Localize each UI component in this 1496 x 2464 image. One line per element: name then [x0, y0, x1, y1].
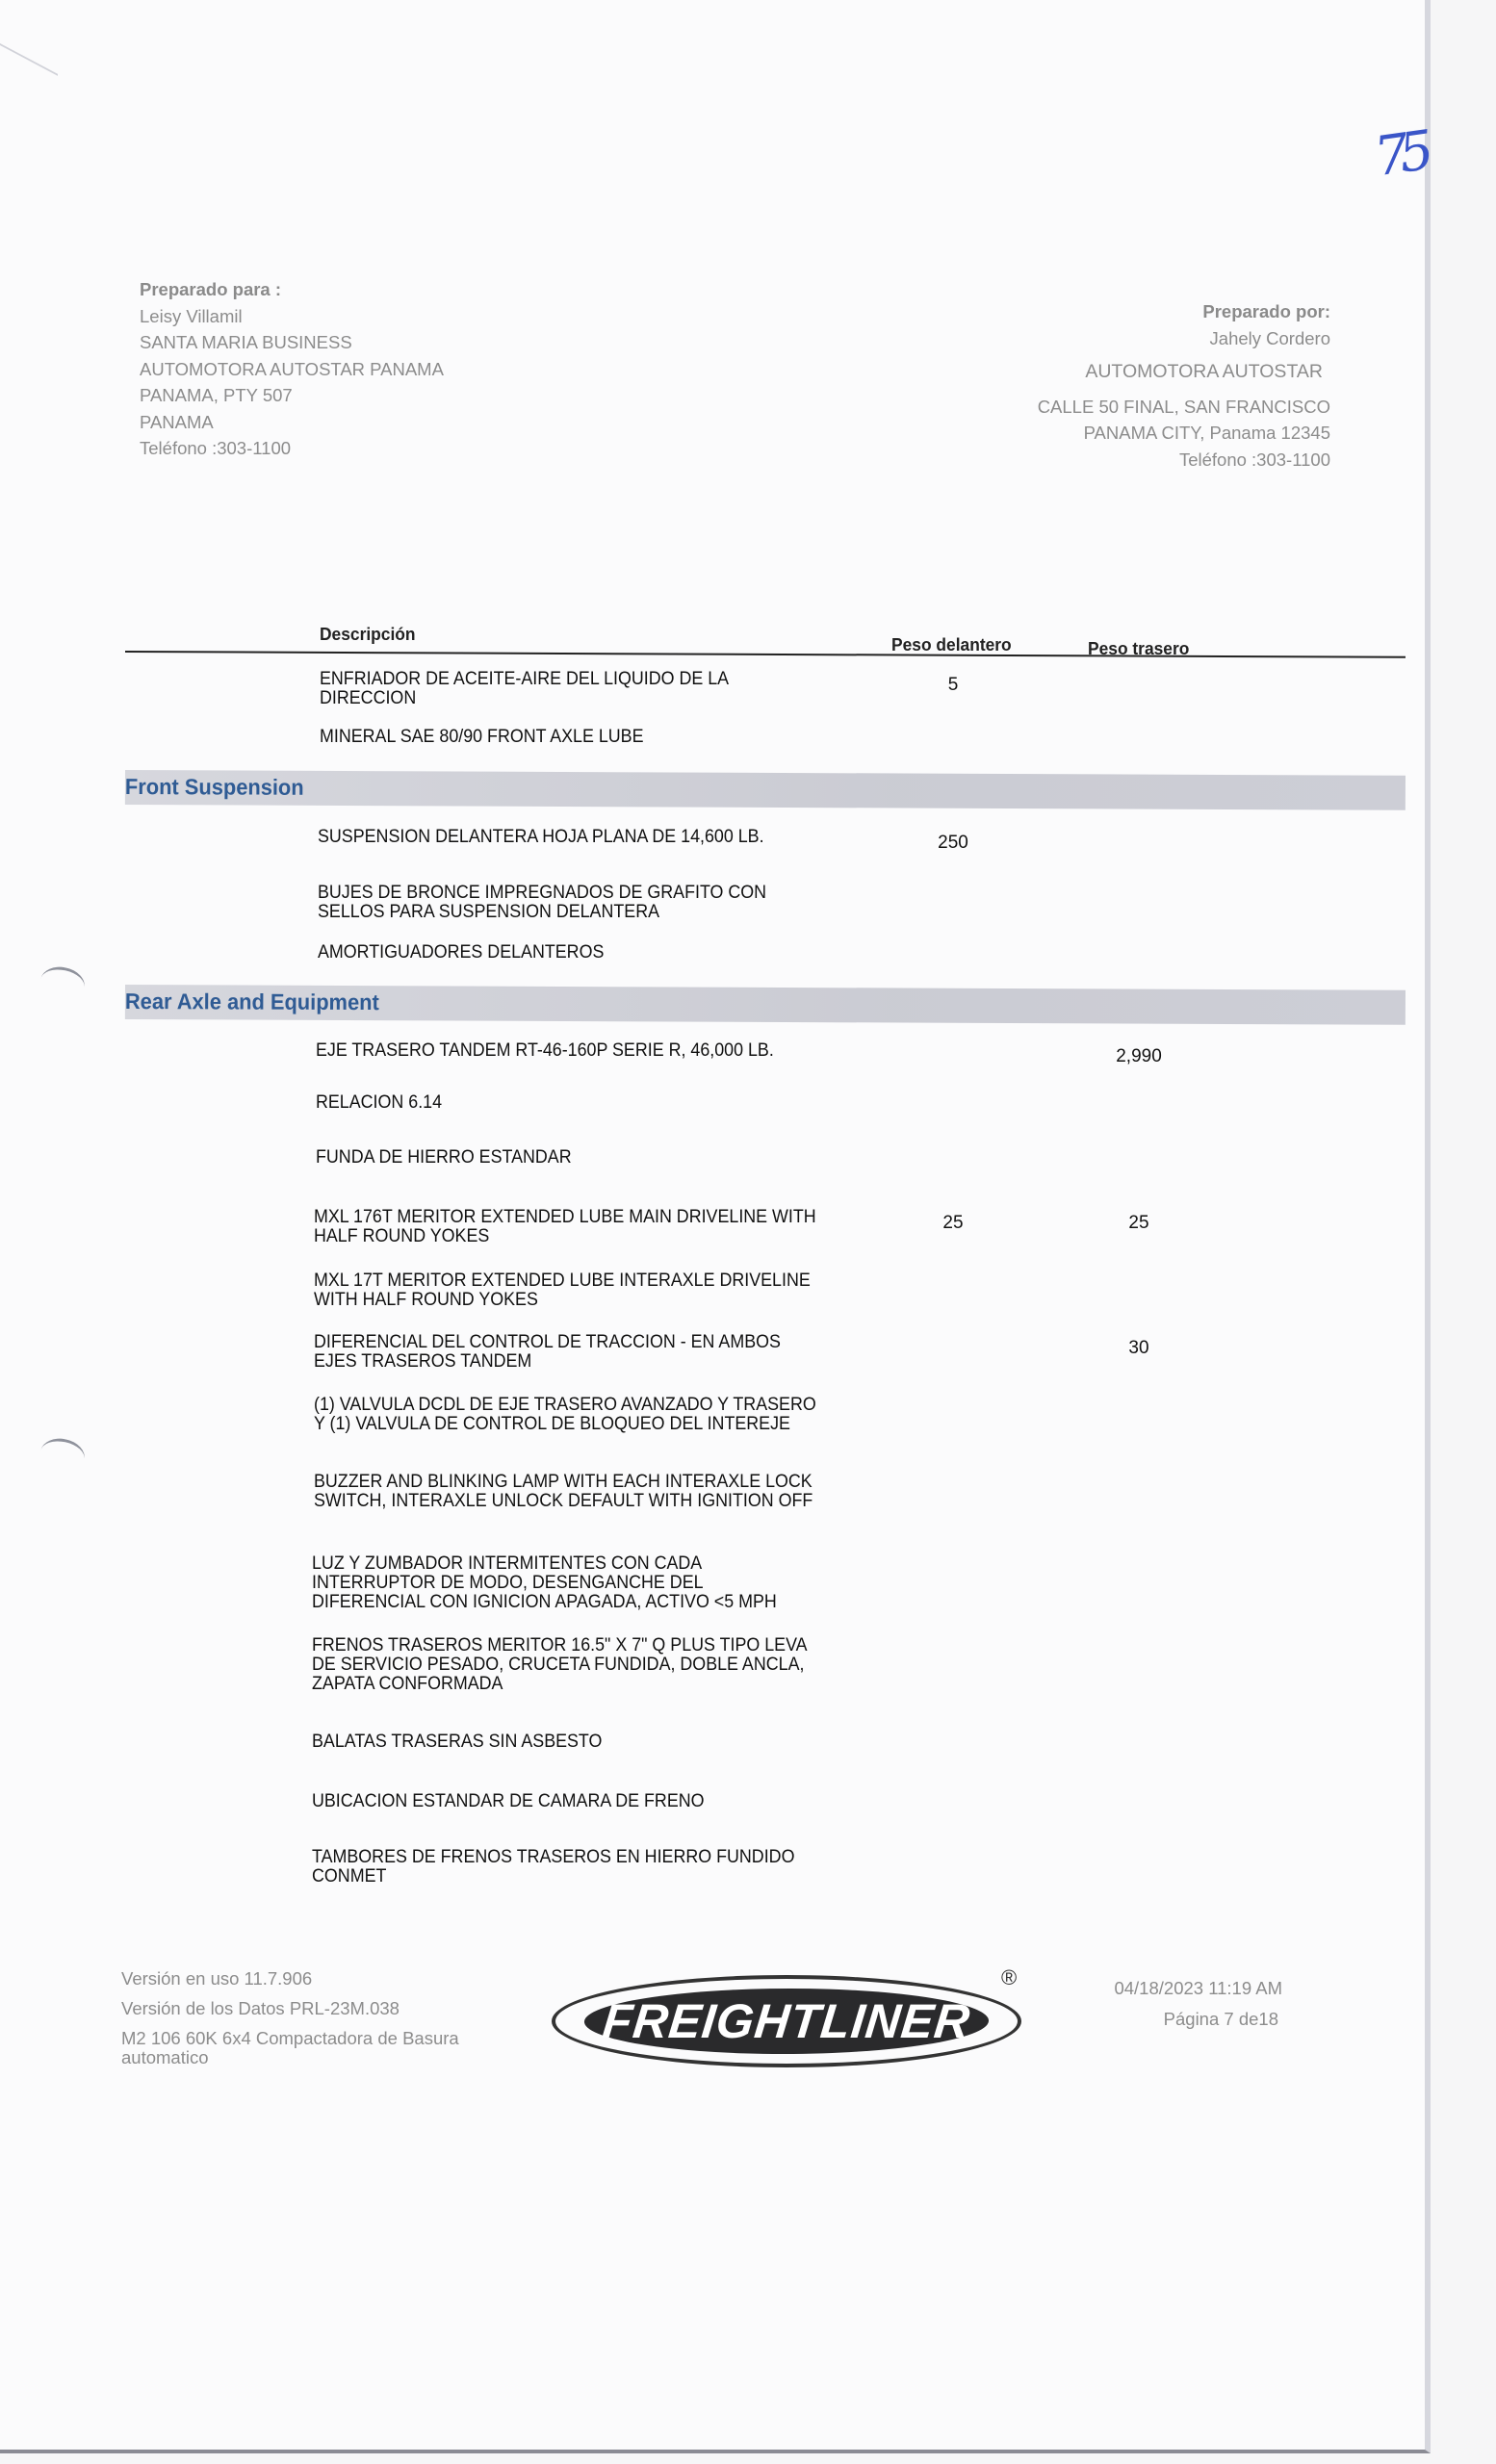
column-header-front-weight: Peso delantero [891, 634, 1012, 655]
truck-model: M2 106 60K 6x4 Compactadora de Basura au… [121, 2029, 506, 2067]
row-rear-weight: 2,990 [1091, 1047, 1187, 1066]
row-description: BUJES DE BRONCE IMPREGNADOS DE GRAFITO C… [318, 884, 824, 922]
row-description: LUZ Y ZUMBADOR INTERMITENTES CON CADA IN… [312, 1554, 818, 1612]
handwritten-page-number: 75 [1371, 120, 1429, 190]
folded-corner-mark [0, 0, 58, 76]
freightliner-logo: FREIGHTLINER [552, 1975, 1021, 2067]
row-description: BALATAS TRASERAS SIN ASBESTO [312, 1732, 818, 1752]
row-description: (1) VALVULA DCDL DE EJE TRASERO AVANZADO… [314, 1396, 820, 1434]
footer-page-info: 04/18/2023 11:19 AM Página 7 de18 [1114, 1973, 1282, 2035]
prepared-for-line: PANAMA, PTY 507 [140, 382, 444, 409]
page-number: Página 7 de18 [1114, 2004, 1282, 2035]
header-divider [125, 651, 1406, 658]
prepared-by-title: Preparado por: [1038, 298, 1330, 325]
row-rear-weight: 30 [1091, 1339, 1187, 1358]
row-description: FUNDA DE HIERRO ESTANDAR [316, 1148, 822, 1168]
prepared-for-line: PANAMA [140, 409, 444, 436]
row-description: MINERAL SAE 80/90 FRONT AXLE LUBE [320, 728, 826, 747]
footer-version-info: Versión en uso 11.7.906 Versión de los D… [121, 1963, 506, 2067]
column-header-description: Descripción [320, 624, 416, 645]
row-rear-weight: 25 [1091, 1214, 1187, 1233]
prepared-by-block: Preparado por: Jahely Cordero AUTOMOTORA… [1038, 298, 1330, 473]
row-description: SUSPENSION DELANTERA HOJA PLANA DE 14,60… [318, 828, 824, 847]
row-description: RELACION 6.14 [316, 1093, 822, 1113]
logo-wordmark: FREIGHTLINER [580, 1989, 992, 2054]
data-version: Versión de los Datos PRL-23M.038 [121, 1993, 506, 2023]
row-front-weight: 25 [915, 1214, 992, 1233]
row-description: MXL 176T MERITOR EXTENDED LUBE MAIN DRIV… [314, 1208, 820, 1246]
row-front-weight: 5 [915, 676, 992, 695]
row-description: DIFERENCIAL DEL CONTROL DE TRACCION - EN… [314, 1333, 820, 1372]
prepared-for-block: Preparado para : Leisy Villamil SANTA MA… [140, 276, 444, 462]
prepared-by-company: AUTOMOTORA AUTOSTAR [1038, 359, 1330, 386]
row-description: MXL 17T MERITOR EXTENDED LUBE INTERAXLE … [314, 1271, 820, 1310]
prepared-for-line: Teléfono :303-1100 [140, 435, 444, 462]
row-description: UBICACION ESTANDAR DE CAMARA DE FRENO [312, 1792, 818, 1811]
punch-hole-mark [38, 1435, 88, 1476]
section-title: Front Suspension [125, 774, 304, 801]
row-description: FRENOS TRASEROS MERITOR 16.5" X 7" Q PLU… [312, 1636, 818, 1694]
document-page: 75 Preparado para : Leisy Villamil SANTA… [0, 0, 1431, 2453]
row-description: ENFRIADOR DE ACEITE-AIRE DEL LIQUIDO DE … [320, 670, 826, 708]
prepared-for-title: Preparado para : [140, 276, 444, 303]
prepared-for-line: AUTOMOTORA AUTOSTAR PANAMA [140, 356, 444, 383]
software-version: Versión en uso 11.7.906 [121, 1963, 506, 1993]
prepared-for-line: Leisy Villamil [140, 303, 444, 330]
row-description: BUZZER AND BLINKING LAMP WITH EACH INTER… [314, 1473, 820, 1511]
registered-trademark-icon: ® [1001, 1965, 1017, 1990]
punch-hole-mark [38, 963, 88, 1004]
print-datetime: 04/18/2023 11:19 AM [1114, 1973, 1282, 2004]
prepared-by-name: Jahely Cordero [1038, 325, 1330, 352]
prepared-for-line: SANTA MARIA BUSINESS [140, 329, 444, 356]
row-description: EJE TRASERO TANDEM RT-46-160P SERIE R, 4… [316, 1041, 822, 1061]
prepared-by-address-line: Teléfono :303-1100 [1038, 447, 1330, 474]
row-description: AMORTIGUADORES DELANTEROS [318, 943, 824, 962]
prepared-by-address-line: CALLE 50 FINAL, SAN FRANCISCO [1038, 394, 1330, 421]
section-title: Rear Axle and Equipment [125, 988, 379, 1015]
row-front-weight: 250 [915, 834, 992, 853]
section-header: Rear Axle and Equipment [125, 985, 1406, 1025]
prepared-by-address-line: PANAMA CITY, Panama 12345 [1038, 420, 1330, 447]
row-description: TAMBORES DE FRENOS TRASEROS EN HIERRO FU… [312, 1848, 818, 1886]
section-header: Front Suspension [125, 770, 1406, 810]
